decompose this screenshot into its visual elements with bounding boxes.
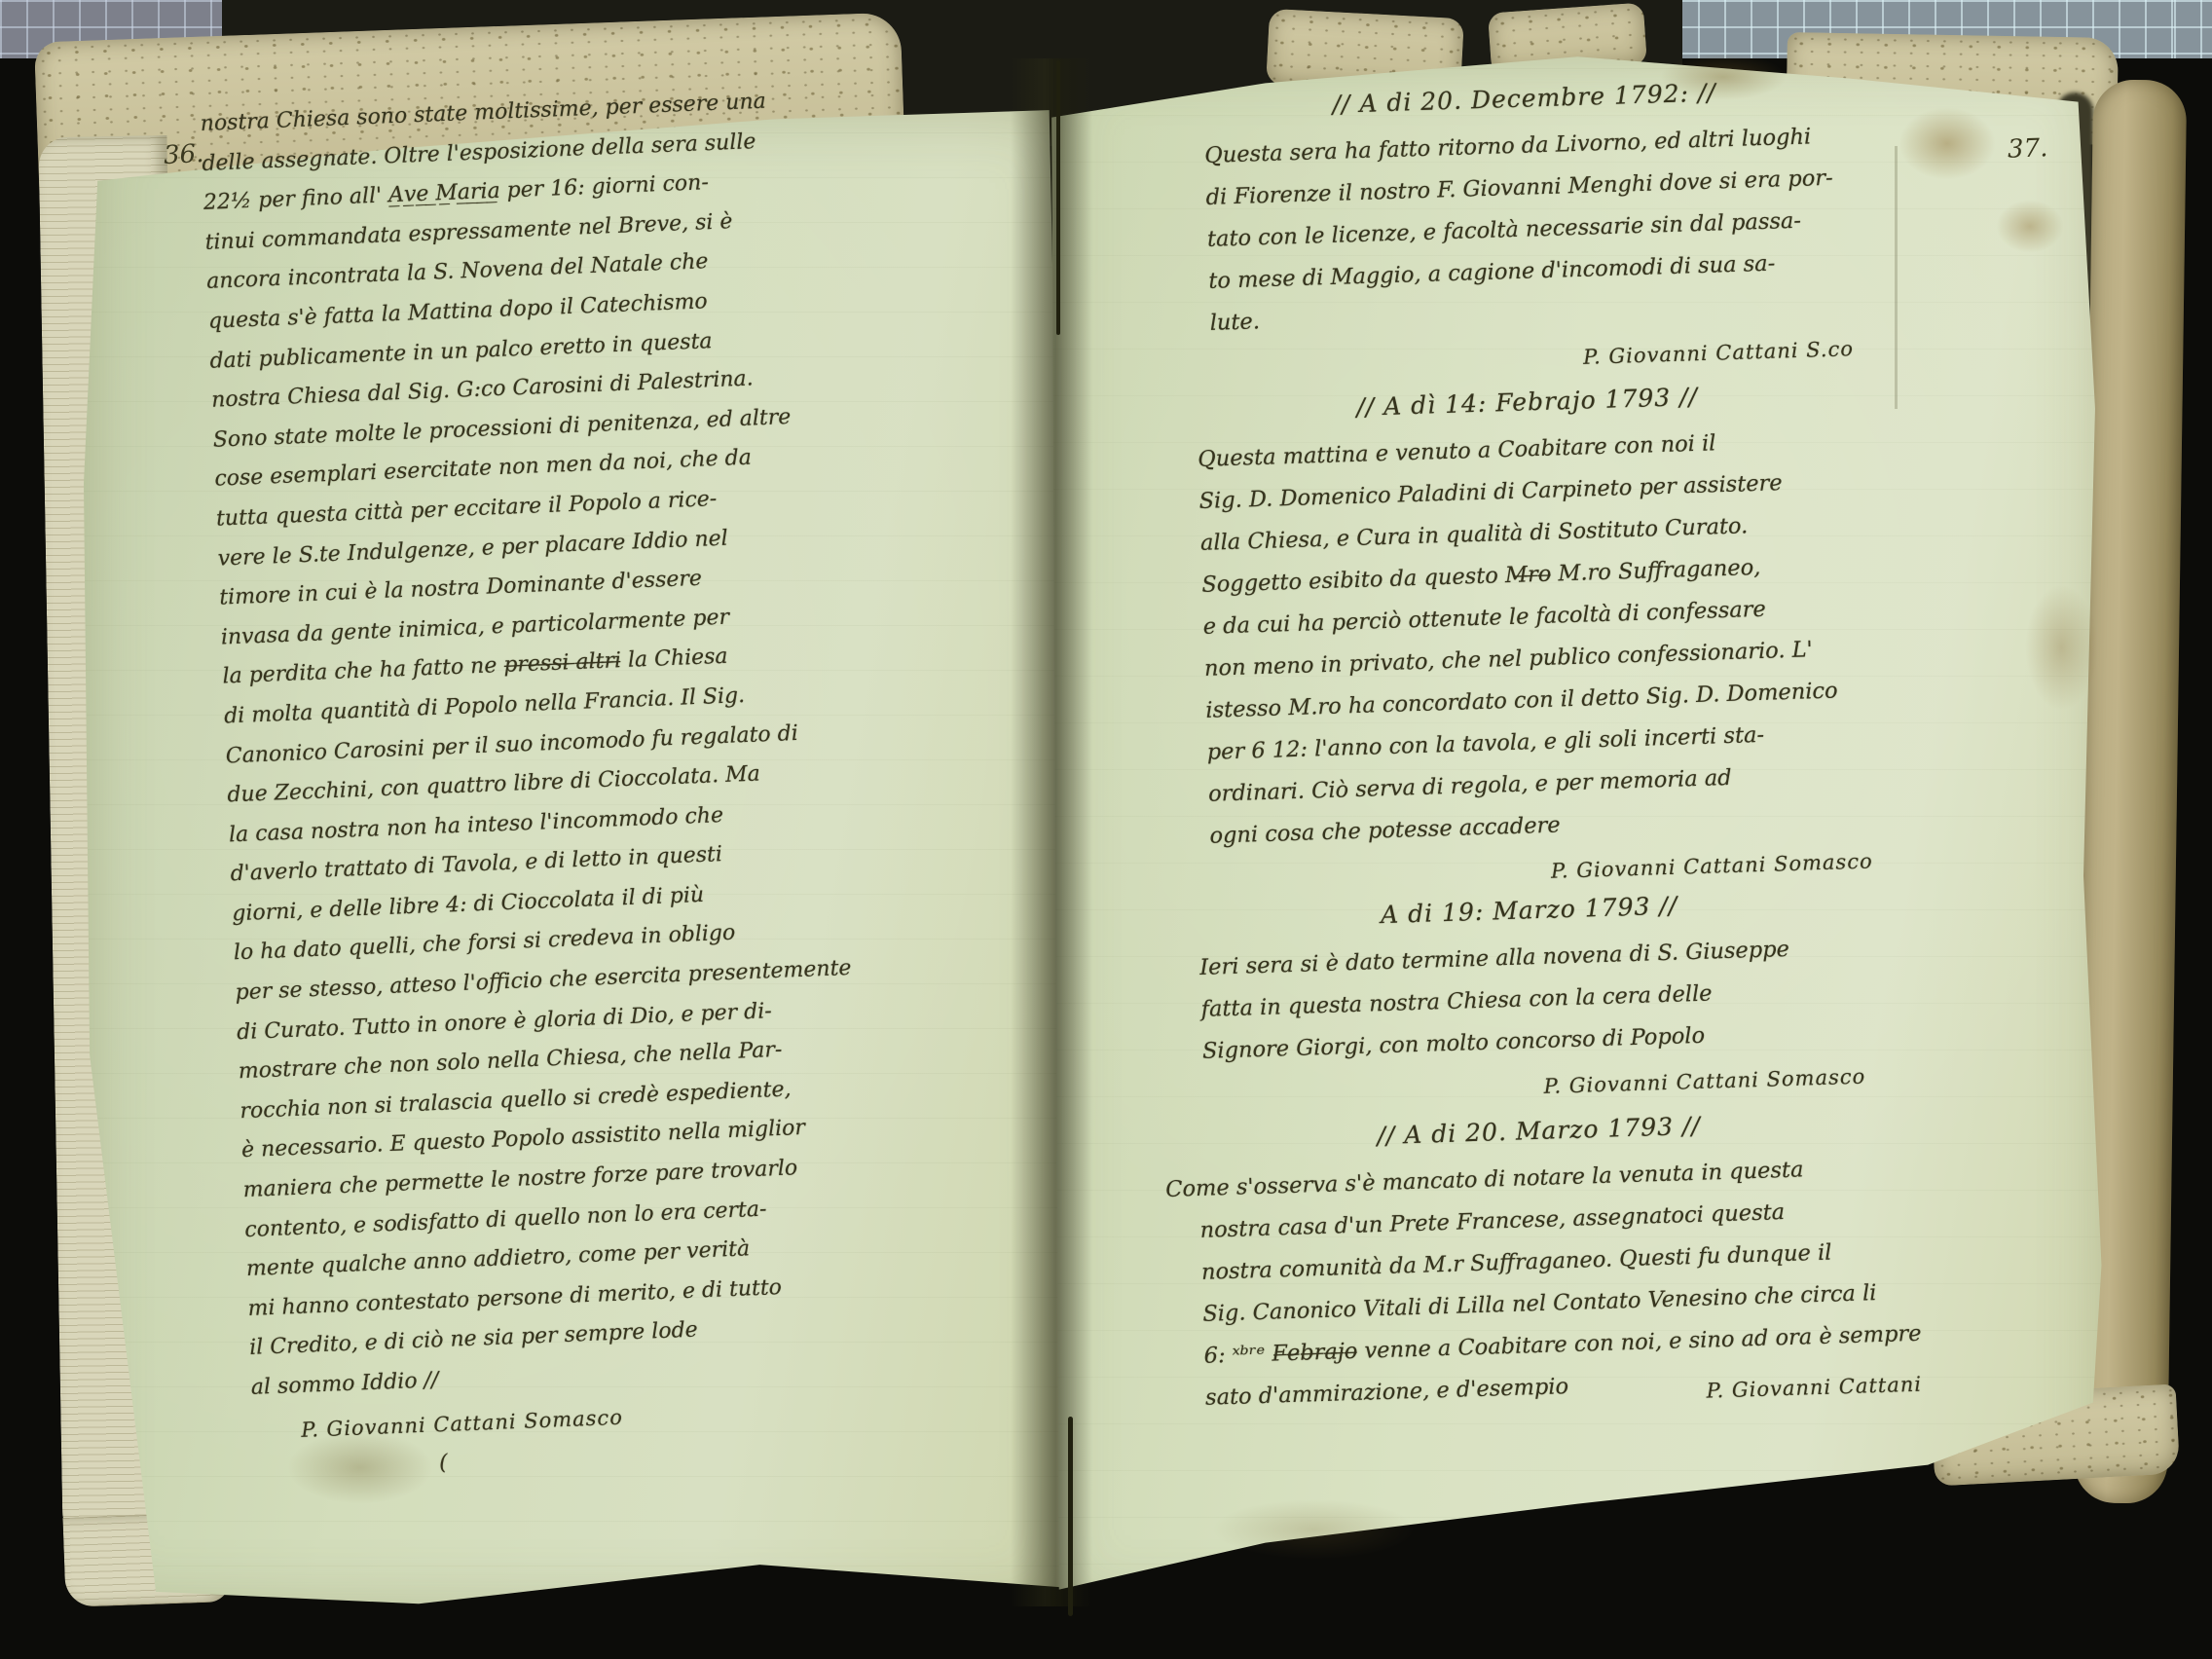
entry-20-marzo-1793: // A di 20. Marzo 1793 // Come s'osserva… <box>1163 1094 1923 1429</box>
gutter-crack-bottom <box>1068 1417 1073 1616</box>
entry-14-febrajo-1793: // A dì 14: Febrajo 1793 // Questa matti… <box>1196 367 1873 903</box>
page-number-right: 37. <box>2007 133 2047 164</box>
entry-20-decembre-1792: // A di 20. Decembre 1792: // Questa ser… <box>1202 63 1855 390</box>
entry-19-marzo-1793: A di 19: Marzo 1793 // Ieri sera si è da… <box>1198 875 1866 1119</box>
gutter-shadow <box>1011 58 1092 1606</box>
page-number-left: 36. <box>163 139 204 170</box>
gutter-crack-top <box>1056 60 1060 335</box>
left-page-text: nostra Chiesa sono state moltissime, per… <box>200 87 713 1491</box>
manuscript-photo: { "colors": { "ink": "#35331d", "paper":… <box>0 0 2212 1659</box>
right-page-crease <box>1895 146 1898 409</box>
